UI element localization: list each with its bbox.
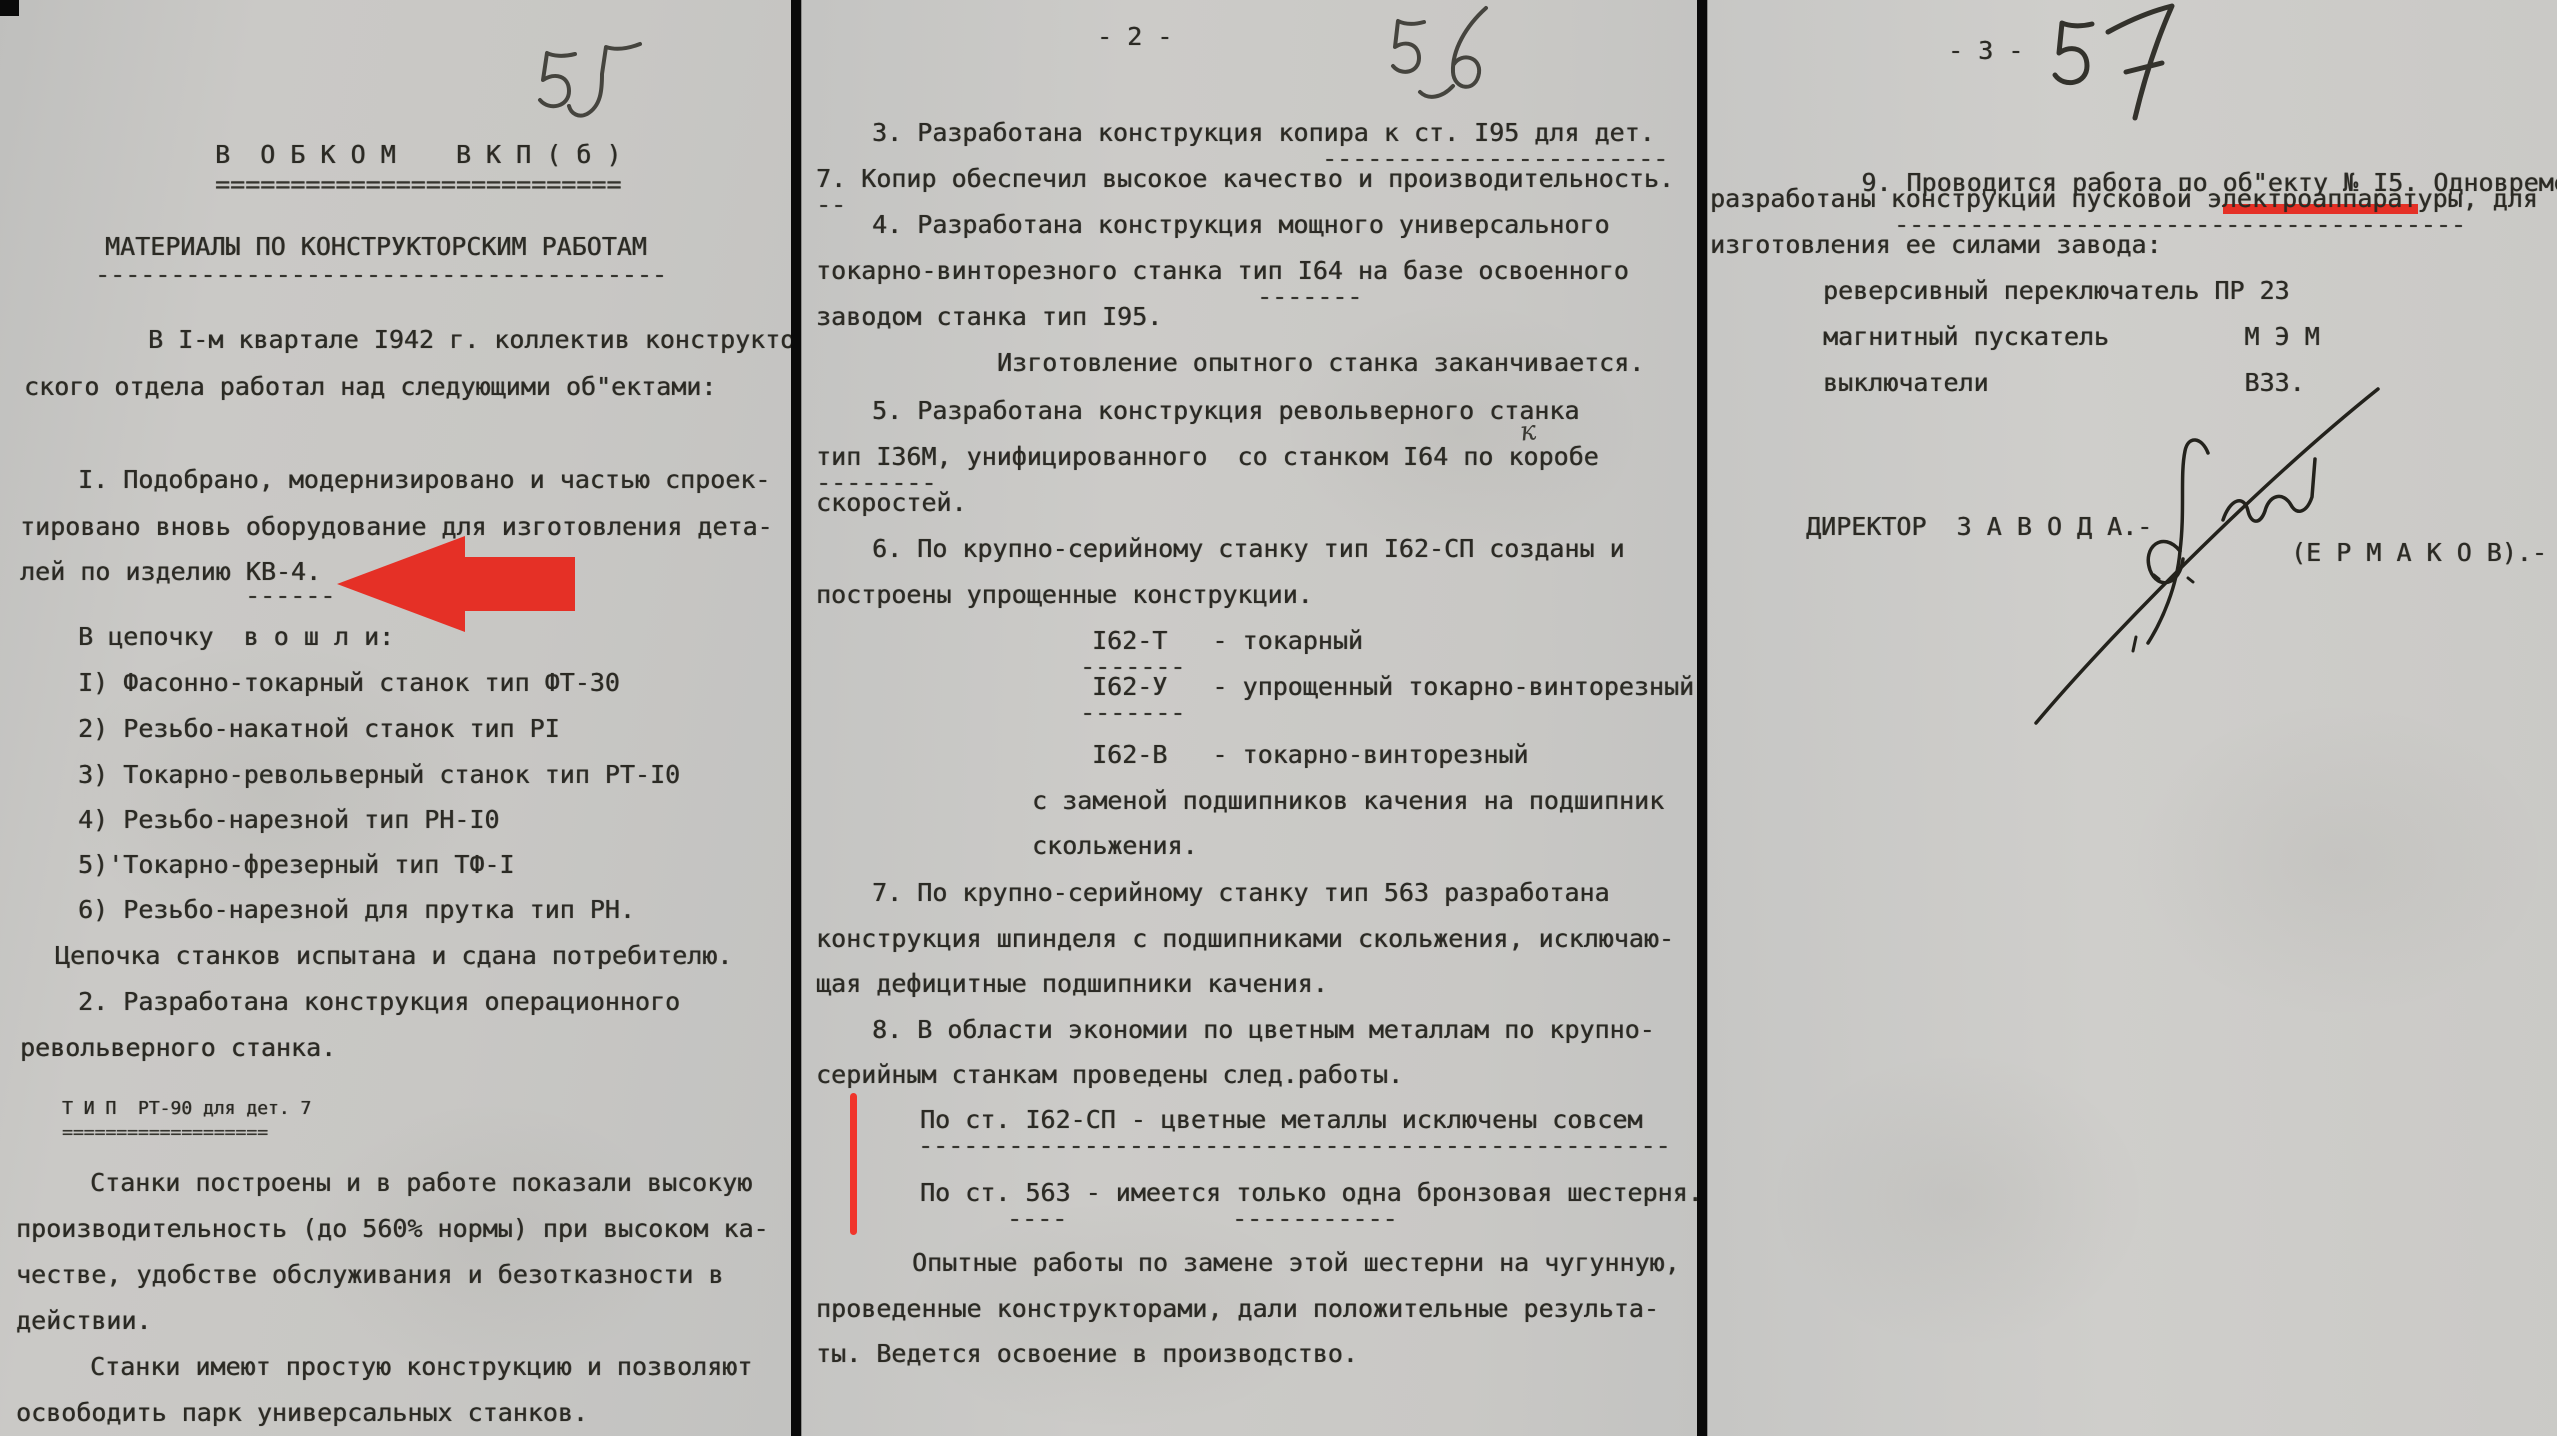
red-margin-line bbox=[850, 1093, 857, 1235]
typed-line: Опытные работы по замене этой шестерни н… bbox=[912, 1248, 1680, 1278]
scanned-document: В О Б К О М В К П ( б ) ================… bbox=[0, 0, 2557, 1436]
dash-underline-row: -------------------------------------- bbox=[95, 260, 667, 290]
list-item: 2) Резьбо-накатной станок тип РI bbox=[78, 714, 560, 744]
list-item: 6) Резьбо-нарезной для прутка тип РН. bbox=[78, 895, 635, 925]
typed-line: честве, удобстве обслуживания и безотказ… bbox=[16, 1260, 723, 1290]
typed-line: 7. По крупно-серийному станку тип 563 ра… bbox=[872, 878, 1610, 908]
typed-line: токарно-винторезного станка тип I64 на б… bbox=[816, 256, 1629, 286]
typed-line: 2. Разработана конструкция операционного bbox=[78, 987, 680, 1017]
red-arrow-tail bbox=[461, 557, 575, 611]
typed-line: проведенные конструкторами, дали положит… bbox=[816, 1294, 1659, 1324]
typed-line: 4. Разработана конструкция мощного униве… bbox=[872, 210, 1610, 240]
subtitle-line: МАТЕРИАЛЫ ПО КОНСТРУКТОРСКИМ РАБОТАМ bbox=[105, 232, 647, 262]
director-signature bbox=[2008, 375, 2398, 740]
page-number-typed: - 2 - bbox=[1097, 22, 1172, 52]
dash-underline-row: -- bbox=[816, 190, 846, 220]
double-dash-underline-row: =========================== bbox=[215, 170, 621, 200]
dash-underline-row: ------- bbox=[1080, 698, 1185, 728]
page-2: - 2 - 3. Разработана конструкция копира … bbox=[802, 0, 1698, 1436]
page-3: - 3 - 9. Проводится работа по об"екту № … bbox=[1708, 0, 2557, 1436]
dash-underline-row: ----------- bbox=[1232, 1204, 1398, 1234]
typed-line: Изготовление опытного станка заканчивает… bbox=[997, 348, 1644, 378]
typed-line: скоростей. bbox=[816, 488, 967, 518]
list-item: магнитный пускатель М Э М bbox=[1823, 322, 2320, 352]
dash-underline-row: ----------------------------------------… bbox=[918, 1131, 1671, 1161]
section-heading: Т И П РТ-90 для дет. 7 bbox=[62, 1098, 311, 1120]
page-separator bbox=[791, 0, 801, 1436]
page-number-typed: - 3 - bbox=[1948, 36, 2023, 66]
typed-line: Станки имеют простую конструкцию и позво… bbox=[90, 1352, 752, 1382]
handwritten-page-number bbox=[2050, 0, 2180, 125]
dash-underline-row: ---- bbox=[1007, 1204, 1067, 1234]
handwritten-correction-mark: к bbox=[1518, 415, 1537, 448]
typed-line: с заменой подшипников качения на подшипн… bbox=[1032, 786, 1664, 816]
list-item: 4) Резьбо-нарезной тип РН-I0 bbox=[78, 805, 499, 835]
list-item: реверсивный переключатель ПР 23 bbox=[1823, 276, 2290, 306]
list-item: I62-В - токарно-винторезный bbox=[1092, 740, 1529, 770]
dash-underline-row: ------ bbox=[245, 581, 335, 611]
typed-line: ского отдела работал над следующими об"е… bbox=[24, 372, 716, 402]
typed-line: щая дефицитные подшипники качения. bbox=[816, 969, 1328, 999]
typed-line: изготовления ее силами завода: bbox=[1710, 230, 2162, 260]
typed-line: револьверного станка. bbox=[20, 1033, 336, 1063]
handwritten-page-number bbox=[535, 38, 650, 128]
list-item: 5)'Токарно-фрезерный тип ТФ-I bbox=[78, 850, 515, 880]
typed-line: Станки построены и в работе показали выс… bbox=[90, 1168, 752, 1198]
typed-line: I. Подобрано, модернизировано и частью с… bbox=[78, 465, 770, 495]
red-arrow-head bbox=[337, 536, 465, 632]
page-1: В О Б К О М В К П ( б ) ================… bbox=[0, 0, 793, 1436]
title-line: В О Б К О М В К П ( б ) bbox=[215, 140, 621, 170]
typed-line: 6. По крупно-серийному станку тип I62-СП… bbox=[872, 534, 1625, 564]
list-item: 3) Токарно-револьверный станок тип РТ-I0 bbox=[78, 760, 680, 790]
double-dash-underline-row: =================== bbox=[62, 1122, 268, 1144]
typed-line: скольжения. bbox=[1032, 831, 1198, 861]
red-annotation-arrow bbox=[337, 536, 575, 632]
scan-corner-artifact bbox=[0, 0, 19, 16]
page-separator bbox=[1697, 0, 1707, 1436]
list-item: I) Фасонно-токарный станок тип ФТ-30 bbox=[78, 668, 620, 698]
handwritten-page-number bbox=[1390, 2, 1505, 107]
typed-line: В I-м квартале I942 г. коллектив констру… bbox=[148, 325, 793, 355]
typed-line: 5. Разработана конструкция револьверного… bbox=[872, 396, 1579, 426]
typed-line: Цепочка станков испытана и сдана потреби… bbox=[55, 941, 732, 971]
typed-line: конструкция шпинделя с подшипниками скол… bbox=[816, 924, 1674, 954]
typed-line: действии. bbox=[16, 1306, 151, 1336]
typed-line: 7. Копир обеспечил высокое качество и пр… bbox=[816, 164, 1674, 194]
typed-line: построены упрощенные конструкции. bbox=[816, 580, 1313, 610]
typed-line: заводом станка тип I95. bbox=[816, 302, 1162, 332]
typed-line: освободить парк универсальных станков. bbox=[16, 1398, 588, 1428]
typed-line: серийным станкам проведены след.работы. bbox=[816, 1060, 1403, 1090]
typed-line: производительность (до 560% нормы) при в… bbox=[16, 1214, 769, 1244]
typed-line: В цепочку в о ш л и: bbox=[78, 622, 394, 652]
typed-line: 8. В области экономии по цветным металла… bbox=[872, 1015, 1655, 1045]
typed-line: ты. Ведется освоение в производство. bbox=[816, 1339, 1358, 1369]
dash-underline-row: ------- bbox=[1257, 282, 1362, 312]
